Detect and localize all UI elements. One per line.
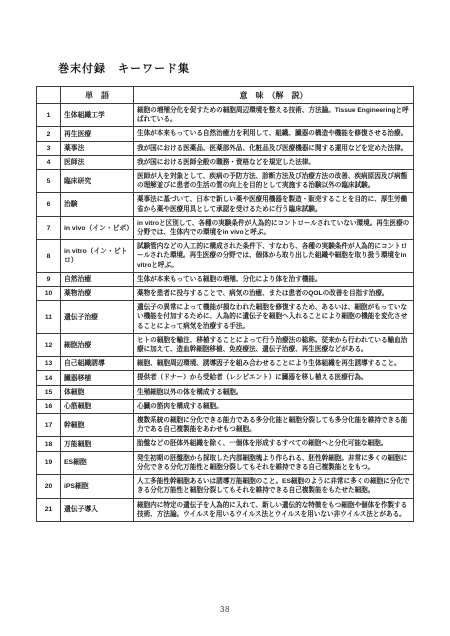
meaning-cell: ヒトの細胞を輸注、移植することによって行う治療法の総称。従来から行われている輸血… <box>134 333 414 356</box>
meaning-cell: 提供者（ドナー）から受給者（レシピエント）に臓器を移し植える医療行為。 <box>134 371 414 385</box>
meaning-cell: 遺伝子の異常によって機能が損なわれた細胞を修復するため、あるいは、細胞がもってい… <box>134 301 414 334</box>
table-row: 20 iPS細胞 人工多能性幹細胞あるいは誘導万能細胞のこと。ES細胞のように非… <box>37 475 414 498</box>
meaning-cell: 生体が本来もっている自然治癒力を利用して、組織、臓器の構造や機能を修復させる治療… <box>134 127 414 141</box>
word-cell: 医師法 <box>61 155 134 169</box>
table-row: 21 遺伝子導入 細胞内に特定の遺伝子を人為的に入れて、新しい遺伝的な特徴をもつ… <box>37 498 414 521</box>
meaning-cell: 我が国における医薬品、医薬部外品、化粧品及び医療機器に関する運用などを定めた法律… <box>134 141 414 155</box>
table-row: 3 薬事法 我が国における医薬品、医薬部外品、化粧品及び医療機器に関する運用など… <box>37 141 414 155</box>
meaning-cell: 生体が本来もっている細胞の増殖、分化により体を治す機能。 <box>134 272 414 286</box>
word-cell: 治験 <box>61 193 134 216</box>
header-row: 単 語 意 味 （解 説） <box>37 87 414 104</box>
row-number: 3 <box>37 141 61 155</box>
table-row: 15 体細胞 生殖細胞以外の体を構成する細胞。 <box>37 385 414 399</box>
meaning-cell: 複数系統の細胞に分化できる能力である多分化能と細胞分裂しても多分化能を維持できる… <box>134 414 414 437</box>
row-number: 13 <box>37 357 61 371</box>
table-row: 19 ES細胞 発生初期の胚盤胞から採取した内部細胞塊より作られる、胚性幹細胞。… <box>37 451 414 474</box>
table-row: 5 臨床研究 医師が人を対象として、疾病の予防方法、診断方法及び治療方法の改善、… <box>37 170 414 193</box>
word-cell: 薬物治療 <box>61 287 134 301</box>
table-row: 13 自己組織誘導 細胞、細胞周辺環境、誘導因子を組み合わせることにより生体組織… <box>37 357 414 371</box>
word-cell: ES細胞 <box>61 451 134 474</box>
row-number: 19 <box>37 451 61 474</box>
table-row: 17 幹細胞 複数系統の細胞に分化できる能力である多分化能と細胞分裂しても多分化… <box>37 414 414 437</box>
row-number: 20 <box>37 475 61 498</box>
table-row: 16 心筋細胞 心臓の筋肉を構成する細胞。 <box>37 399 414 413</box>
meaning-cell: 薬事法に基づいて、日本で新しい薬や医療用機器を製造・販売することを目的に、厚生労… <box>134 193 414 216</box>
row-number: 15 <box>37 385 61 399</box>
meaning-cell: 発生初期の胚盤胞から採取した内部細胞塊より作られる、胚性幹細胞。非常に多くの細胞… <box>134 451 414 474</box>
meaning-cell: 医師が人を対象として、疾病の予防方法、診断方法及び治療方法の改善、疾病原因及び病… <box>134 170 414 193</box>
meaning-cell: 心臓の筋肉を構成する細胞。 <box>134 399 414 413</box>
row-number: 18 <box>37 437 61 451</box>
page-number: 38 <box>0 605 450 614</box>
word-cell: iPS細胞 <box>61 475 134 498</box>
word-cell: 心筋細胞 <box>61 399 134 413</box>
row-number: 7 <box>37 216 61 239</box>
row-number: 5 <box>37 170 61 193</box>
row-number: 1 <box>37 104 61 127</box>
row-number: 16 <box>37 399 61 413</box>
row-number: 4 <box>37 155 61 169</box>
table-row: 1 生体組織工学 細胞の増殖分化を促すための細胞周辺環境を整える技術、方法論。T… <box>37 104 414 127</box>
table-row: 11 遺伝子治療 遺伝子の異常によって機能が損なわれた細胞を修復するため、あるい… <box>37 301 414 334</box>
table-row: 8 in vitro（イン・ビトロ） 試験管内などの人工的に構成された条件下、す… <box>37 240 414 273</box>
table-row: 12 細胞治療 ヒトの細胞を輸注、移植することによって行う治療法の総称。従来から… <box>37 333 414 356</box>
row-number: 21 <box>37 498 61 521</box>
glossary-table: 単 語 意 味 （解 説） 1 生体組織工学 細胞の増殖分化を促すための細胞周辺… <box>36 86 414 522</box>
word-cell: in vitro（イン・ビトロ） <box>61 240 134 273</box>
meaning-cell: 胎盤などの胚体外組織を除く、一個体を形成するすべての細胞へと分化可能な細胞。 <box>134 437 414 451</box>
word-cell: 幹細胞 <box>61 414 134 437</box>
word-cell: 万能細胞 <box>61 437 134 451</box>
table-row: 10 薬物治療 薬物を患者に投与することで、病気の治癒、または患者のQOLの改善… <box>37 287 414 301</box>
row-number: 11 <box>37 301 61 334</box>
document-page: 巻末付録 キーワード集 単 語 意 味 （解 説） 1 生体組織工学 細胞の増殖… <box>0 0 450 636</box>
row-number: 6 <box>37 193 61 216</box>
table-row: 14 臓器移植 提供者（ドナー）から受給者（レシピエント）に臓器を移し植える医療… <box>37 371 414 385</box>
word-cell: 臓器移植 <box>61 371 134 385</box>
word-cell: 生体組織工学 <box>61 104 134 127</box>
meaning-cell: 試験管内などの人工的に構成された条件下、すなわち、各種の実験条件が人為的にコント… <box>134 240 414 273</box>
row-number: 12 <box>37 333 61 356</box>
table-row: 2 再生医療 生体が本来もっている自然治癒力を利用して、組織、臓器の構造や機能を… <box>37 127 414 141</box>
glossary-table-header: 単 語 意 味 （解 説） <box>37 87 414 104</box>
row-number: 14 <box>37 371 61 385</box>
meaning-cell: 細胞の増殖分化を促すための細胞周辺環境を整える技術、方法論。Tissue Eng… <box>134 104 414 127</box>
word-cell: 体細胞 <box>61 385 134 399</box>
table-row: 7 in vivo（イン・ビボ） in vitroと区別して、各種の実験条件が人… <box>37 216 414 239</box>
word-cell: 再生医療 <box>61 127 134 141</box>
header-meaning-column: 意 味 （解 説） <box>134 87 414 104</box>
word-cell: in vivo（イン・ビボ） <box>61 216 134 239</box>
table-row: 9 自然治癒 生体が本来もっている細胞の増殖、分化により体を治す機能。 <box>37 272 414 286</box>
word-cell: 遺伝子導入 <box>61 498 134 521</box>
word-cell: 細胞治療 <box>61 333 134 356</box>
table-row: 4 医師法 我が国における医師全般の職務・資格などを規定した法律。 <box>37 155 414 169</box>
header-number-column <box>37 87 61 104</box>
row-number: 2 <box>37 127 61 141</box>
word-cell: 遺伝子治療 <box>61 301 134 334</box>
glossary-table-body: 1 生体組織工学 細胞の増殖分化を促すための細胞周辺環境を整える技術、方法論。T… <box>37 104 414 522</box>
meaning-cell: 細胞、細胞周辺環境、誘導因子を組み合わせることにより生体組織を再生誘導すること。 <box>134 357 414 371</box>
table-row: 6 治験 薬事法に基づいて、日本で新しい薬や医療用機器を製造・販売することを目的… <box>37 193 414 216</box>
meaning-cell: 薬物を患者に投与することで、病気の治癒、または患者のQOLの改善を目指す治療。 <box>134 287 414 301</box>
meaning-cell: 細胞内に特定の遺伝子を人為的に入れて、新しい遺伝的な特徴をもつ細胞や個体を作製す… <box>134 498 414 521</box>
word-cell: 自然治癒 <box>61 272 134 286</box>
row-number: 9 <box>37 272 61 286</box>
row-number: 17 <box>37 414 61 437</box>
word-cell: 臨床研究 <box>61 170 134 193</box>
row-number: 10 <box>37 287 61 301</box>
meaning-cell: in vitroと区別して、各種の実験条件が人為的にコントロールされていない環境… <box>134 216 414 239</box>
word-cell: 自己組織誘導 <box>61 357 134 371</box>
meaning-cell: 生殖細胞以外の体を構成する細胞。 <box>134 385 414 399</box>
header-word-column: 単 語 <box>61 87 134 104</box>
table-row: 18 万能細胞 胎盤などの胚体外組織を除く、一個体を形成するすべての細胞へと分化… <box>37 437 414 451</box>
meaning-cell: 人工多能性幹細胞あるいは誘導万能細胞のこと。ES細胞のように非常に多くの細胞に分… <box>134 475 414 498</box>
word-cell: 薬事法 <box>61 141 134 155</box>
page-title: 巻末付録 キーワード集 <box>58 60 190 76</box>
row-number: 8 <box>37 240 61 273</box>
meaning-cell: 我が国における医師全般の職務・資格などを規定した法律。 <box>134 155 414 169</box>
